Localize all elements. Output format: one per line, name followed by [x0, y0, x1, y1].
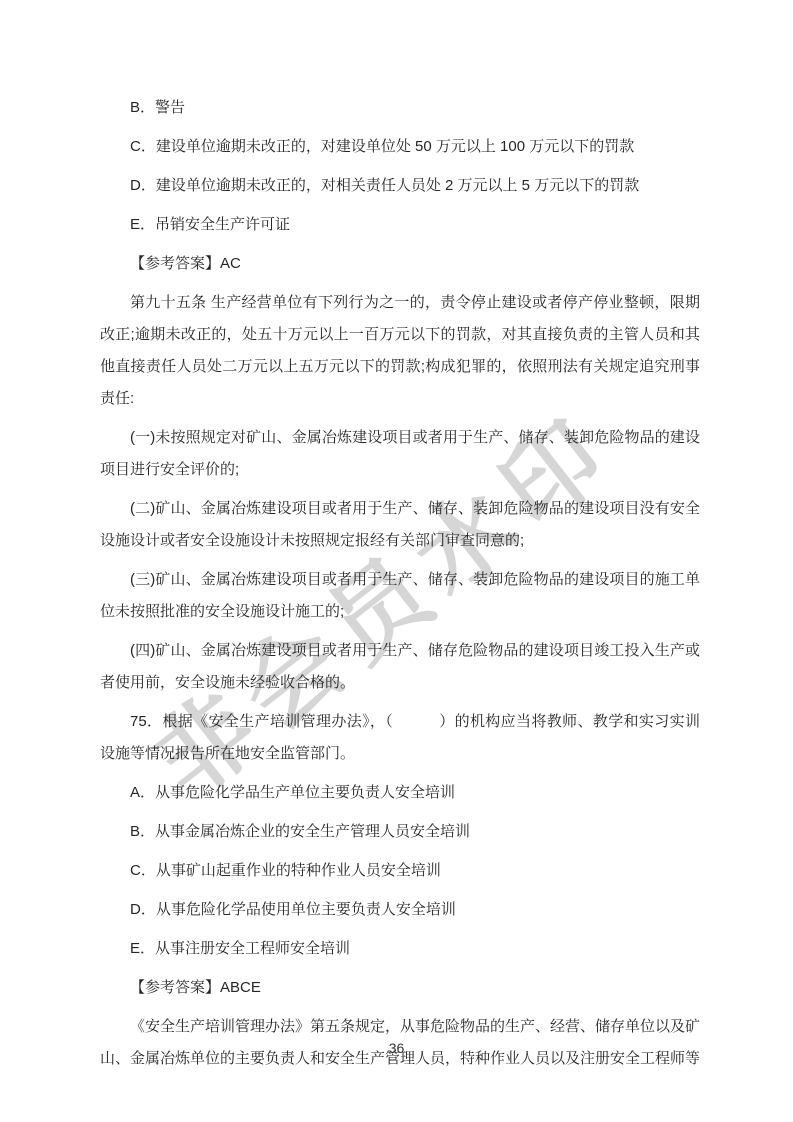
prev-question-option-b: B．警告 — [100, 92, 700, 124]
page-content: B．警告 C．建设单位逾期未改正的，对建设单位处 50 万元以上 100 万元以… — [100, 92, 700, 1082]
question-75-option-c: C．从事矿山起重作业的特种作业人员安全培训 — [100, 855, 700, 887]
page-number: 36 — [0, 1038, 793, 1058]
question-75-option-e: E．从事注册安全工程师安全培训 — [100, 933, 700, 965]
law-article-95-item-1: (一)未按照规定对矿山、金属冶炼建设项目或者用于生产、储存、装卸危险物品的建设项… — [100, 422, 700, 486]
document-page: 非会员水印 B．警告 C．建设单位逾期未改正的，对建设单位处 50 万元以上 1… — [0, 0, 793, 1122]
law-article-95-paragraph: 第九十五条 生产经营单位有下列行为之一的，责令停止建设或者停产停业整顿，限期改正… — [100, 287, 700, 415]
prev-question-reference-answer: 【参考答案】AC — [100, 248, 700, 280]
question-75-option-b: B．从事金属冶炼企业的安全生产管理人员安全培训 — [100, 816, 700, 848]
question-75-option-a: A．从事危险化学品生产单位主要负责人安全培训 — [100, 777, 700, 809]
prev-question-option-d: D．建设单位逾期未改正的，对相关责任人员处 2 万元以上 5 万元以下的罚款 — [100, 170, 700, 202]
question-75-reference-answer: 【参考答案】ABCE — [100, 972, 700, 1004]
law-article-95-item-4: (四)矿山、金属冶炼建设项目或者用于生产、储存危险物品的建设项目竣工投入生产或者… — [100, 635, 700, 699]
prev-question-option-e: E．吊销安全生产许可证 — [100, 209, 700, 241]
law-article-95-item-2: (二)矿山、金属冶炼建设项目或者用于生产、储存、装卸危险物品的建设项目没有安全设… — [100, 493, 700, 557]
question-75-option-d: D．从事危险化学品使用单位主要负责人安全培训 — [100, 894, 700, 926]
prev-question-option-c: C．建设单位逾期未改正的，对建设单位处 50 万元以上 100 万元以下的罚款 — [100, 131, 700, 163]
question-75-stem: 75．根据《安全生产培训管理办法》，（ ）的机构应当将教师、教学和实习实训设施等… — [100, 706, 700, 770]
law-article-95-item-3: (三)矿山、金属冶炼建设项目或者用于生产、储存、装卸危险物品的建设项目的施工单位… — [100, 564, 700, 628]
